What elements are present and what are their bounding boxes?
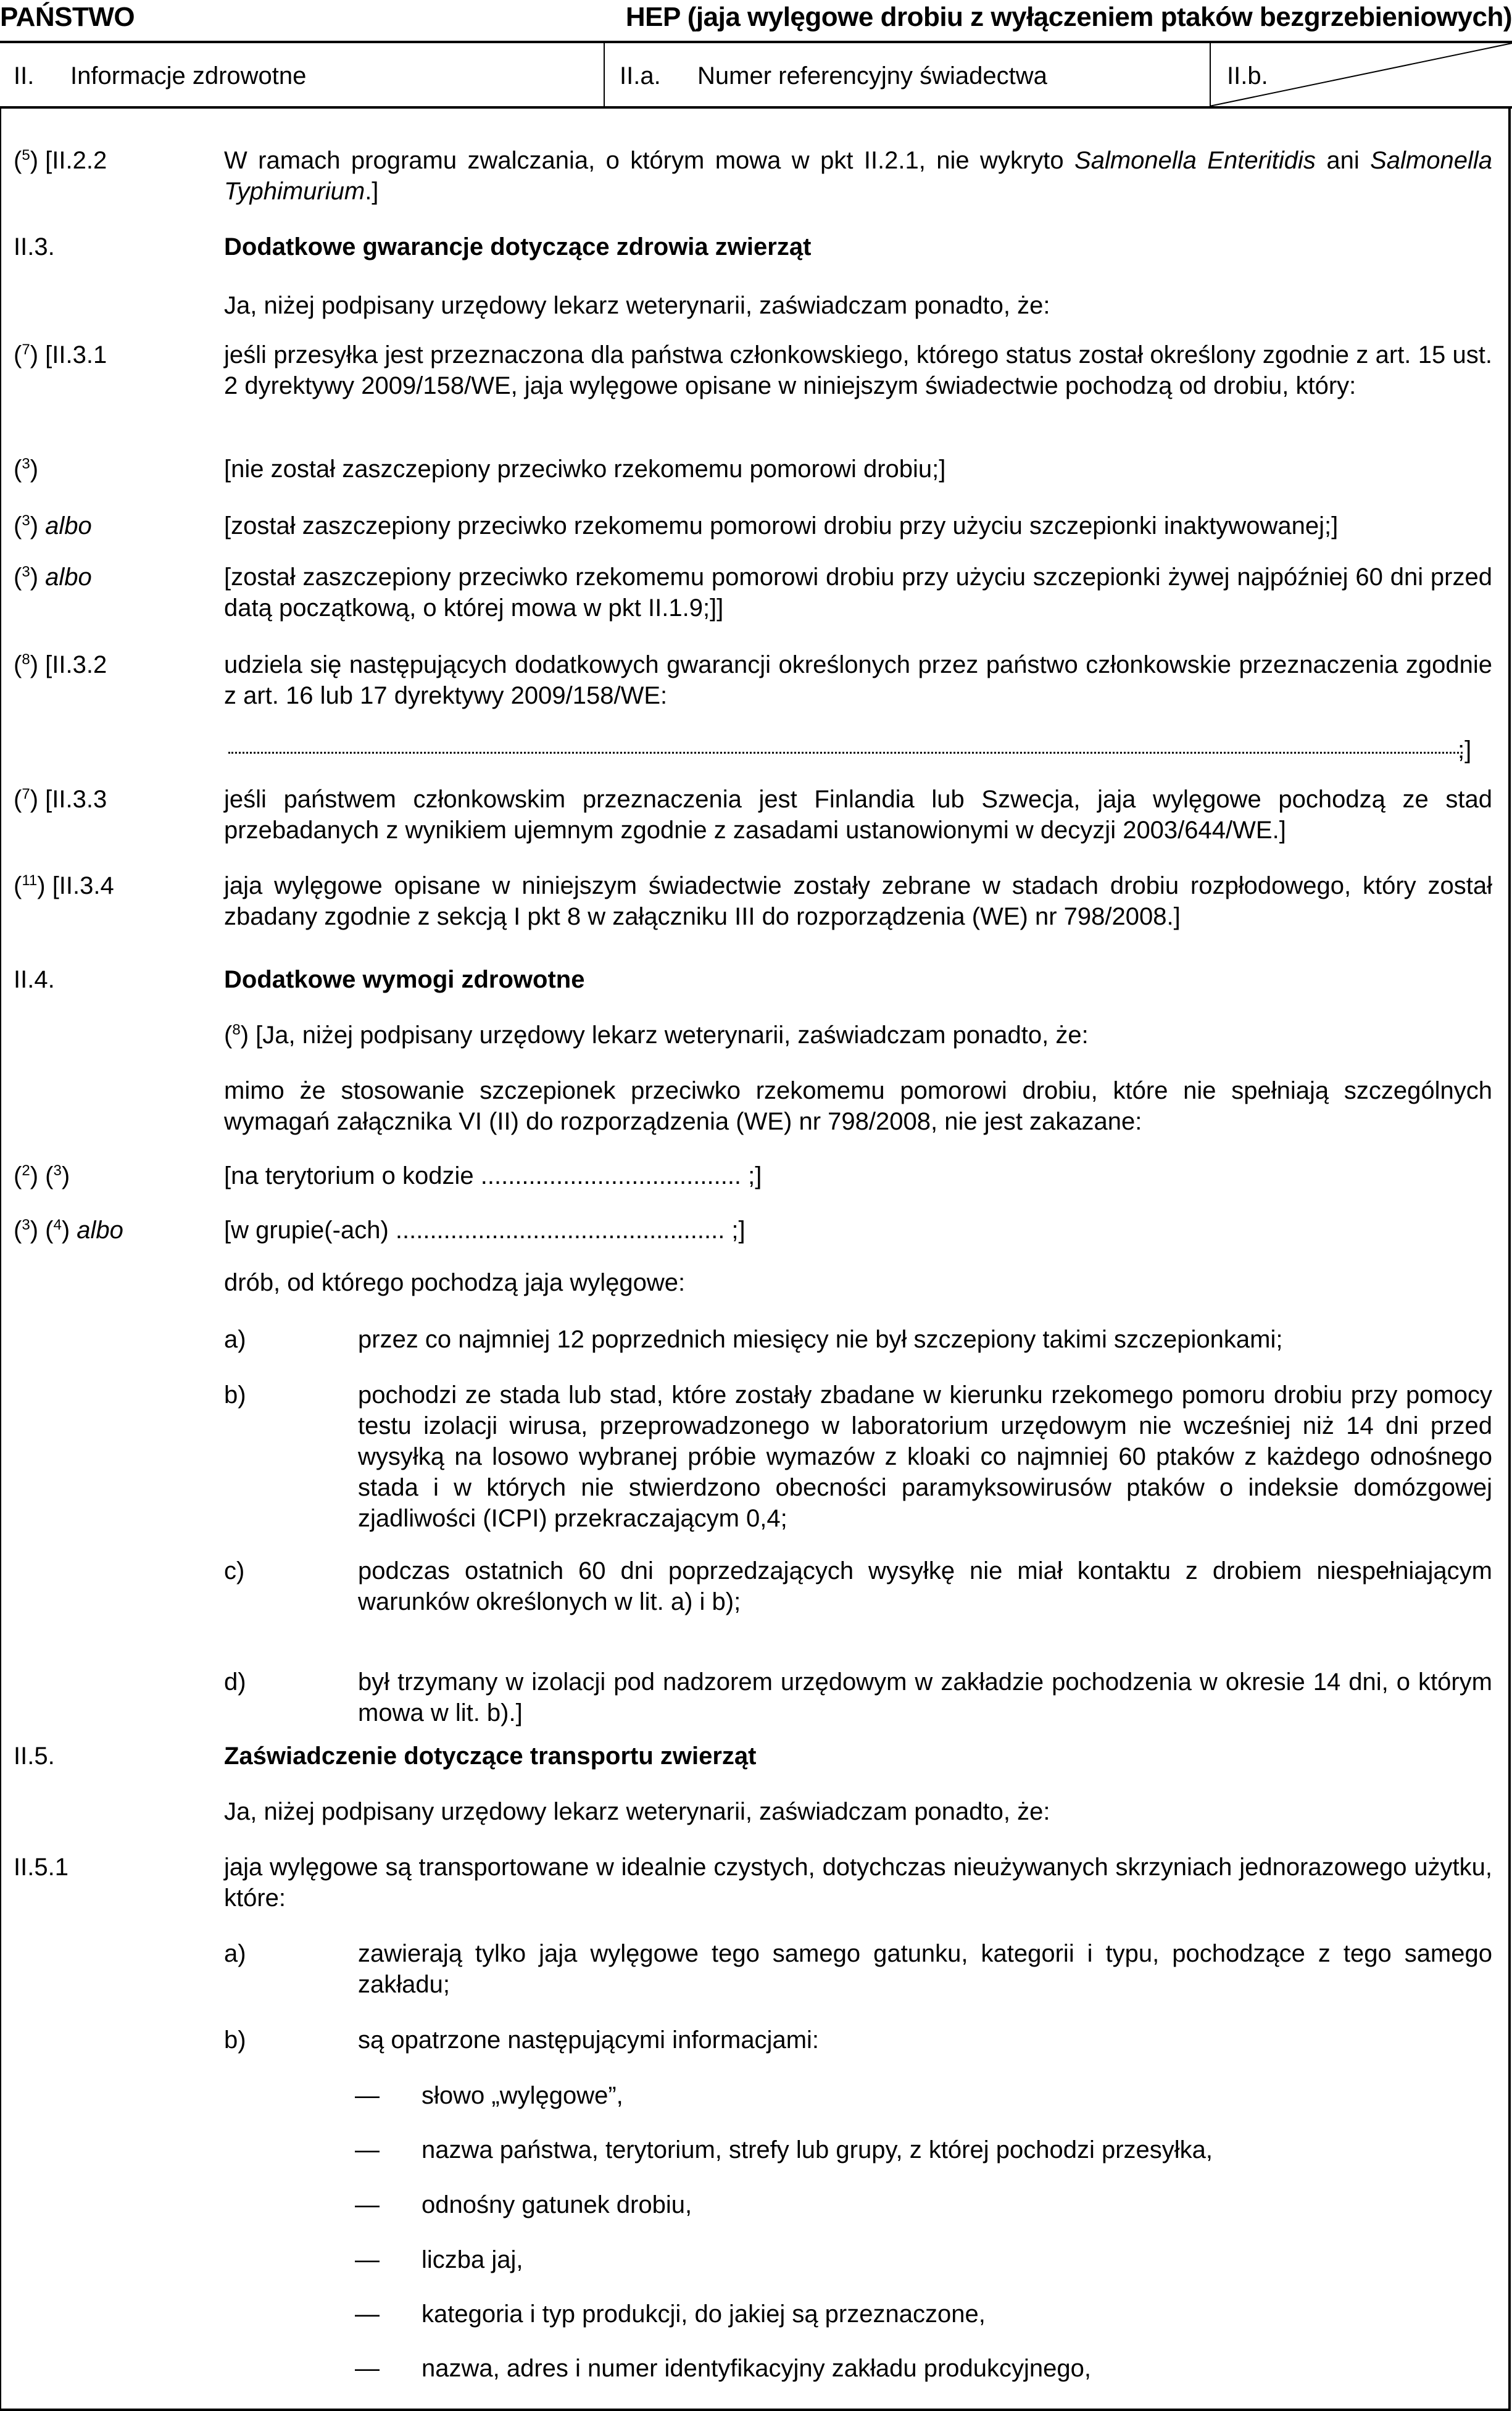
item-text-ii34: jaja wylęgowe opisane w niniejszym świad… (224, 870, 1492, 932)
dash-icon: — (355, 2244, 380, 2275)
sub-item-text: był trzymany w izolacji pod nadzorem urz… (358, 1667, 1492, 1728)
sub-item-mark: a) (224, 1324, 246, 1355)
sub-item-text: przez co najmniej 12 poprzednich miesięc… (358, 1324, 1492, 1355)
sub-item-text: zawierają tylko jaja wylęgowe tego sameg… (358, 1938, 1492, 2000)
sub-item-mark: a) (224, 1938, 246, 1969)
section-label-ii3: II.3. (14, 231, 55, 262)
attestation-intro: Ja, niżej podpisany urzędowy lekarz wete… (224, 290, 1050, 321)
section-title-ii4: Dodatkowe wymogi zdrowotne (224, 964, 584, 995)
section-number: II. (14, 43, 34, 106)
dash-list-item: kategoria i typ produkcji, do jakiej są … (422, 2299, 986, 2330)
vaccination-paragraph: mimo że stosowanie szczepionek przeciwko… (224, 1075, 1492, 1137)
attestation-intro: (8) [Ja, niżej podpisany urzędowy lekarz… (224, 1020, 1089, 1051)
item-label: (8) [II.3.2 (14, 649, 107, 680)
item-text-ii33: jeśli państwem członkowskim przeznaczeni… (224, 784, 1492, 846)
dash-icon: — (355, 2189, 380, 2220)
reference-label: II.a. (620, 43, 661, 106)
section-title: Informacje zdrowotne (70, 43, 306, 106)
dash-list-item: odnośny gatunek drobiu, (422, 2189, 692, 2220)
sub-item-mark: b) (224, 1380, 246, 1410)
item-text-ii32: udziela się następujących dodatkowych gw… (224, 649, 1492, 711)
reference-title: Numer referencyjny świadectwa (697, 43, 1047, 106)
sub-item-mark: d) (224, 1667, 246, 1697)
section-label-ii4: II.4. (14, 964, 55, 995)
diagonal-strike (1210, 43, 1512, 106)
option-label: (3) (14, 454, 38, 485)
sub-item-mark: b) (224, 2025, 246, 2055)
dash-icon: — (355, 2080, 380, 2111)
sub-item-mark: c) (224, 1555, 244, 1586)
item-label: (7) [II.3.3 (14, 784, 107, 815)
poultry-intro: drób, od którego pochodzą jaja wylęgowe: (224, 1267, 685, 1298)
group-field[interactable]: [w grupie(-ach) ........................… (224, 1215, 746, 1246)
section-title-ii5: Zaświadczenie dotyczące transportu zwier… (224, 1741, 756, 1772)
section-label-ii5: II.5. (14, 1741, 55, 1772)
option-label: (3) (4) albo (14, 1215, 123, 1246)
option-text: [został zaszczepiony przeciwko rzekomemu… (224, 562, 1492, 623)
option-text: [został zaszczepiony przeciwko rzekomemu… (224, 510, 1338, 541)
fill-in-end: ;] (1458, 735, 1471, 765)
fill-in-line[interactable] (228, 735, 1463, 754)
item-text-ii22: W ramach programu zwalczania, o którym m… (224, 145, 1492, 207)
item-label: (7) [II.3.1 (14, 339, 107, 370)
option-text: [nie został zaszczepiony przeciwko rzeko… (224, 454, 945, 485)
option-label: (2) (3) (14, 1160, 70, 1191)
dash-list-item: nazwa, adres i numer identyfikacyjny zak… (422, 2353, 1091, 2384)
option-label: (3) albo (14, 562, 92, 593)
country-heading: PAŃSTWO (0, 0, 135, 35)
certificate-header-table: II. Informacje zdrowotne II.a. Numer ref… (0, 41, 1512, 109)
sub-item-text: podczas ostatnich 60 dni poprzedzających… (358, 1555, 1492, 1617)
dash-icon: — (355, 2353, 380, 2384)
divider (604, 43, 605, 106)
option-label: (3) albo (14, 510, 92, 541)
item-text-ii31: jeśli przesyłka jest przeznaczona dla pa… (224, 339, 1492, 401)
dash-list-item: słowo „wylęgowe”, (422, 2080, 623, 2111)
certificate-title: HEP (jaja wylęgowe drobiu z wyłączeniem … (626, 0, 1512, 35)
dash-icon: — (355, 2134, 380, 2165)
item-label-ii51: II.5.1 (14, 1852, 69, 1883)
dash-list-item: nazwa państwa, terytorium, strefy lub gr… (422, 2134, 1213, 2165)
attestation-intro: Ja, niżej podpisany urzędowy lekarz wete… (224, 1796, 1050, 1827)
sub-item-text: pochodzi ze stada lub stad, które został… (358, 1380, 1492, 1534)
dash-icon: — (355, 2299, 380, 2330)
territory-code-field[interactable]: [na terytorium o kodzie ................… (224, 1160, 762, 1191)
item-text-ii51: jaja wylęgowe są transportowane w idealn… (224, 1852, 1492, 1913)
dash-list-item: liczba jaj, (422, 2244, 523, 2275)
item-label: (11) [II.3.4 (14, 870, 114, 901)
section-title-ii3: Dodatkowe gwarancje dotyczące zdrowia zw… (224, 231, 811, 262)
sub-item-text: są opatrzone następującymi informacjami: (358, 2025, 1492, 2055)
item-label: (5) [II.2.2 (14, 145, 107, 176)
certificate-body-frame (0, 106, 1511, 2411)
